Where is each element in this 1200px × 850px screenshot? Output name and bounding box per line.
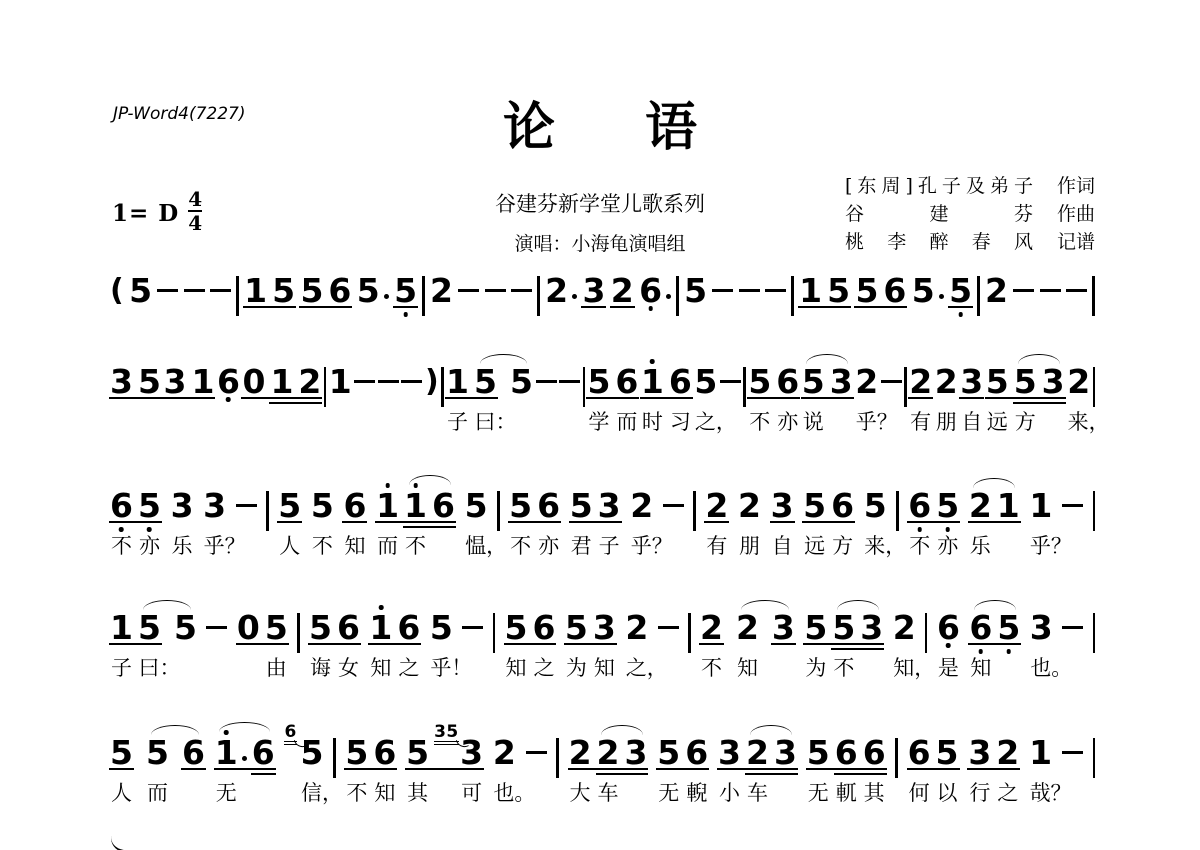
- note: 5为: [804, 612, 827, 643]
- note-digit: 6: [908, 490, 931, 521]
- lyric: 知: [374, 777, 395, 807]
- note: 2有: [705, 490, 728, 521]
- note-digit: 6: [863, 737, 886, 768]
- slur-arc: [837, 600, 879, 610]
- duration-dash: [739, 289, 760, 292]
- lyric: 知: [594, 652, 615, 682]
- beam-group: 012: [242, 366, 321, 397]
- lyric: 有: [910, 406, 931, 436]
- beam-line: [368, 643, 421, 645]
- lyric: 无: [216, 777, 237, 807]
- note-digit: 6: [373, 737, 396, 768]
- beam-group: 5远6方: [803, 490, 854, 521]
- time-signature: 4 4: [188, 189, 202, 233]
- beam-line: [640, 397, 693, 399]
- beam-group: 5无6軏6其: [807, 737, 886, 768]
- note-digit: 5: [406, 737, 429, 768]
- lyric: 女: [338, 652, 359, 682]
- beam-group: 5远5方3: [986, 366, 1065, 397]
- note-digit: 5: [912, 275, 935, 306]
- credit-row-transcriber: 桃李醉春风 记谱: [845, 228, 1095, 256]
- lyric: 知: [737, 652, 758, 682]
- beam-group: 5其353可: [406, 737, 483, 768]
- note: 5人: [110, 737, 133, 768]
- slur-cluster: 5人5而6: [110, 737, 205, 768]
- beam-group: 3自: [960, 366, 983, 397]
- note: 6其: [863, 737, 886, 768]
- beam-group: 5乎！: [430, 612, 453, 643]
- note: 5人: [278, 490, 301, 521]
- note-digit: 3: [593, 612, 616, 643]
- note: 6方: [831, 490, 854, 521]
- lyric: 车: [747, 777, 768, 807]
- slur-arc: [143, 600, 191, 610]
- lyric: 说: [803, 406, 824, 436]
- augmentation-dot: [666, 294, 671, 299]
- note-digit: 5: [748, 366, 771, 397]
- lyric: 不: [405, 530, 426, 560]
- lyric: 不: [701, 652, 722, 682]
- note: 5亦: [936, 490, 959, 521]
- note: 3: [830, 366, 853, 397]
- note: 6是: [937, 612, 960, 643]
- note: 1子: [110, 612, 133, 643]
- beam-line: [586, 397, 639, 399]
- note-digit: 6: [669, 366, 692, 397]
- lyric: 知，: [893, 652, 935, 682]
- barline: [925, 613, 927, 653]
- note: 5远: [986, 366, 1009, 397]
- note-digit: 5: [802, 366, 825, 397]
- duration-dash: [559, 380, 580, 383]
- barline: [693, 491, 695, 531]
- duration-dash: [184, 289, 205, 292]
- music-line: (51556552232651556552: [110, 275, 1095, 316]
- beam-group: 1子5曰：: [446, 366, 497, 397]
- beam-line: [1013, 402, 1066, 404]
- barline: [977, 276, 979, 316]
- note-digit: 2: [996, 737, 1019, 768]
- lyric: 远: [987, 406, 1008, 436]
- note-digit: 5: [146, 737, 169, 768]
- lyric: 其: [407, 777, 428, 807]
- note: 1无: [215, 737, 247, 768]
- beam-line: [985, 397, 1066, 399]
- barline: [422, 276, 424, 316]
- parenthesis: (: [110, 275, 124, 307]
- beam-group: 1知6之: [369, 612, 420, 643]
- note-digit: 6: [908, 737, 931, 768]
- note: 6: [252, 737, 275, 768]
- beam-group: 5人: [278, 490, 301, 521]
- note-digit: 1: [191, 366, 214, 397]
- barline: [791, 276, 793, 316]
- note: 5由: [265, 612, 288, 643]
- note-digit: 5: [657, 737, 680, 768]
- title-char-2: 语: [645, 97, 697, 158]
- note: 6軏: [835, 737, 858, 768]
- lyric: 车: [598, 777, 619, 807]
- note: 1知: [369, 612, 392, 643]
- lyric: 有: [706, 530, 727, 560]
- note: 5不: [345, 737, 368, 768]
- slur-arc: [219, 722, 270, 732]
- octave-dot-below: [958, 312, 963, 317]
- note-digit: 6: [639, 275, 662, 306]
- note-digit: 6: [110, 490, 133, 521]
- slur-arc: [409, 475, 451, 485]
- lyric: 不: [111, 530, 132, 560]
- beam-group: 65信，: [284, 737, 323, 768]
- beam-line: [393, 306, 418, 308]
- note: 2有: [909, 366, 932, 397]
- note-digit: 1: [270, 366, 293, 397]
- note-digit: 5: [684, 275, 707, 306]
- beam-group: 5学6而: [587, 366, 638, 397]
- beam-line: [269, 402, 322, 404]
- lyric: 亦: [777, 406, 798, 436]
- lyric: 之: [398, 652, 419, 682]
- beam-line: [508, 521, 561, 523]
- barline: [537, 276, 539, 316]
- credit-row-composer: 谷建芬 作曲: [845, 200, 1095, 228]
- note: 5不: [311, 490, 334, 521]
- note: 6女: [337, 612, 360, 643]
- beam-group: 2之，: [625, 612, 648, 643]
- beam-group: 5人: [110, 737, 133, 768]
- barline: [1093, 613, 1095, 653]
- note-digit: 6: [615, 366, 638, 397]
- note-digit: 3: [625, 737, 648, 768]
- beam-line: [745, 773, 798, 775]
- lyric: 小: [719, 777, 740, 807]
- lyric: 人: [279, 530, 300, 560]
- note-digit: 5: [936, 490, 959, 521]
- beam-group: 5: [912, 275, 944, 306]
- barline: [324, 367, 326, 407]
- beam-line: [569, 521, 622, 523]
- note-digit: 1: [110, 612, 133, 643]
- beam-line: [445, 397, 498, 399]
- lyric: 来，: [1068, 406, 1110, 436]
- note: 2之，: [625, 612, 648, 643]
- note: 5: [855, 275, 878, 306]
- beam-group: 2: [545, 275, 577, 306]
- lyric: 何: [909, 777, 930, 807]
- beam-line: [968, 643, 1021, 645]
- note-digit: 3: [960, 366, 983, 397]
- credit-name: [东周]孔子及弟子: [845, 172, 1033, 200]
- beam-line: [251, 773, 276, 775]
- beam-line: [967, 768, 1020, 770]
- beam-line: [109, 397, 162, 399]
- duration-dash: [536, 380, 557, 383]
- note-digit: 1: [997, 490, 1020, 521]
- note: 0: [242, 366, 265, 397]
- beam-group: 5不6知: [345, 737, 396, 768]
- lyric: 子: [447, 406, 468, 436]
- note: 1不: [404, 490, 427, 521]
- octave-dot-above: [650, 359, 655, 364]
- barline: [743, 367, 745, 407]
- slur-arc: [974, 600, 1016, 610]
- beam-group: 5之，: [694, 366, 717, 397]
- note-digit: 5: [394, 275, 417, 306]
- barline: [333, 738, 335, 778]
- note: 2乎？: [630, 490, 653, 521]
- duration-dash: [720, 380, 741, 383]
- slur-arc: [151, 725, 199, 735]
- beam-group: 3: [772, 612, 795, 643]
- barline: [236, 276, 238, 316]
- note: 6: [328, 275, 351, 306]
- note: 5不: [509, 490, 532, 521]
- note: 3: [582, 275, 605, 306]
- beam-group: 6: [217, 366, 240, 397]
- barline: [896, 491, 898, 531]
- lyric: 乎？: [1030, 530, 1072, 560]
- lyric: 亦: [139, 530, 160, 560]
- note: 3: [625, 737, 648, 768]
- note: 2朋: [738, 490, 761, 521]
- note-digit: 3: [860, 612, 883, 643]
- lyric: 是: [938, 652, 959, 682]
- note-digit: 5: [138, 490, 161, 521]
- barline: [1093, 491, 1095, 531]
- music-line: 1子5曰：505由5诲6女1知6之5乎！5知6之5为3知2之，2不2知35为5不…: [110, 612, 1095, 653]
- lyric: 而: [147, 777, 168, 807]
- note: 6亦: [537, 490, 560, 521]
- note-digit: 2: [738, 490, 761, 521]
- beam-group: 2: [430, 275, 453, 306]
- beam-group: 5: [174, 612, 197, 643]
- beam-group: 5不: [311, 490, 334, 521]
- note-digit: 5: [278, 490, 301, 521]
- note-digit: 3: [968, 737, 991, 768]
- page-title: 论语: [0, 102, 1200, 154]
- note: 5之，: [694, 366, 717, 397]
- title-char-1: 论: [503, 97, 555, 158]
- note: 3: [772, 612, 795, 643]
- note-digit: 5: [505, 612, 528, 643]
- note: 3: [163, 366, 186, 397]
- beam-group: 31: [163, 366, 214, 397]
- beam-line: [568, 768, 649, 770]
- note-digit: 5: [129, 275, 152, 306]
- note: 2知，: [893, 612, 916, 643]
- beam-line: [299, 306, 352, 308]
- note: 5无: [657, 737, 680, 768]
- beam-line: [236, 643, 289, 645]
- beam-group: 15: [799, 275, 850, 306]
- lyric: 愠，: [465, 530, 507, 560]
- lyric: 也。: [493, 777, 535, 807]
- slur-arc: [480, 354, 528, 364]
- note: 2不: [700, 612, 723, 643]
- note-digit: 5: [309, 612, 332, 643]
- augmentation-dot: [572, 294, 577, 299]
- beam-group: 5不6亦: [748, 366, 799, 397]
- beam-line: [948, 306, 973, 308]
- beam-group: 5无6輗: [657, 737, 708, 768]
- beam-group: 5: [949, 275, 972, 306]
- note-digit: 3: [110, 366, 133, 397]
- lyric: 之: [533, 652, 554, 682]
- note-digit: 5: [138, 366, 161, 397]
- note: 5: [997, 612, 1020, 643]
- note-digit: 2: [569, 737, 592, 768]
- duration-dash: [511, 289, 532, 292]
- note: 5愠，: [465, 490, 488, 521]
- duration-dash: [712, 289, 733, 292]
- note: 5为: [565, 612, 588, 643]
- beam-group: 2大2车3: [569, 737, 648, 768]
- note: 5君: [570, 490, 593, 521]
- note-digit: 6: [343, 490, 366, 521]
- beam-line: [798, 306, 851, 308]
- lyric: 乎？: [631, 530, 673, 560]
- note-digit: 2: [705, 490, 728, 521]
- lyric: 之: [997, 777, 1018, 807]
- beam-group: 2知，: [893, 612, 916, 643]
- note-digit: 5: [804, 612, 827, 643]
- beam-group: 3乐: [171, 490, 194, 521]
- beam-line: [854, 306, 907, 308]
- note-digit: 1: [404, 490, 427, 521]
- beam-group: 6: [639, 275, 671, 306]
- note: 1: [799, 275, 822, 306]
- lyric: 知: [370, 652, 391, 682]
- beam-line: [109, 768, 134, 770]
- note-digit: 6: [397, 612, 420, 643]
- duration-dash: [378, 380, 399, 383]
- octave-dot-above: [385, 483, 390, 488]
- lyric: 乎？: [204, 530, 246, 560]
- beam-group: 2也。: [493, 737, 516, 768]
- note-digit: 6: [532, 612, 555, 643]
- note: 6而: [615, 366, 638, 397]
- note: 5: [510, 366, 533, 397]
- beam-line: [802, 521, 855, 523]
- note-digit: 2: [611, 275, 634, 306]
- lyric: 来，: [864, 530, 906, 560]
- note-digit: 6: [252, 737, 275, 768]
- note-digit: 3: [203, 490, 226, 521]
- note-digit: 5: [174, 612, 197, 643]
- beam-line: [504, 643, 557, 645]
- note: 2之: [996, 737, 1019, 768]
- note-digit: 5: [138, 612, 161, 643]
- note-digit: 6: [217, 366, 240, 397]
- note-digit: 6: [182, 737, 205, 768]
- beam-group: 6是: [937, 612, 960, 643]
- grace-beam-line: [434, 744, 459, 745]
- lyric: 远: [804, 530, 825, 560]
- note: 2大: [569, 737, 592, 768]
- note: 1子: [446, 366, 469, 397]
- note: 353可: [434, 737, 483, 768]
- duration-dash: [658, 626, 679, 629]
- note-digit: 1: [329, 366, 352, 397]
- beam-group: 2乎？: [855, 366, 878, 397]
- beam-line: [342, 521, 367, 523]
- beam-group: 3乎？: [203, 490, 226, 521]
- beam-group: 5愠，: [465, 490, 488, 521]
- note-digit: 1: [1029, 737, 1052, 768]
- duration-dash: [1066, 289, 1087, 292]
- slur-cluster: 1子5曰：5: [110, 612, 197, 643]
- note: 5其: [406, 737, 429, 768]
- beam-group: 2朋: [935, 366, 958, 397]
- note-digit: 1: [376, 490, 399, 521]
- note-digit: 3: [830, 366, 853, 397]
- grace-digits: 6: [284, 724, 296, 740]
- time-signature-numerator: 4: [188, 189, 202, 209]
- note-digit: 5: [110, 737, 133, 768]
- note-digit: 5: [357, 275, 380, 306]
- note: 3: [774, 737, 797, 768]
- note: 6: [883, 275, 906, 306]
- note: 5: [129, 275, 152, 306]
- lyric: 子: [599, 530, 620, 560]
- duration-dash: [354, 380, 375, 383]
- credit-name: 桃李醉春风: [845, 228, 1033, 256]
- note-digit: 6: [432, 490, 455, 521]
- note: 6: [432, 490, 455, 521]
- note-digit: 5: [510, 366, 533, 397]
- note: 5曰：: [138, 612, 161, 643]
- duration-dash: [1062, 751, 1083, 754]
- note-digit: 2: [855, 366, 878, 397]
- note: 1: [270, 366, 293, 397]
- lyric: 行: [969, 777, 990, 807]
- slur-cluster: 1子5曰：5: [446, 366, 533, 397]
- duration-dash: [1062, 504, 1083, 507]
- beam-group: 5来，: [864, 490, 887, 521]
- beam-line: [704, 521, 729, 523]
- note: 2朋: [935, 366, 958, 397]
- lyric: 无: [808, 777, 829, 807]
- note-digit: 2: [625, 612, 648, 643]
- note-digit: 2: [746, 737, 769, 768]
- beam-group: 56: [855, 275, 906, 306]
- note-digit: 5: [311, 490, 334, 521]
- beam-group: 5为5不3: [804, 612, 883, 643]
- beam-line: [181, 768, 206, 770]
- note-digit: 5: [864, 490, 887, 521]
- note-digit: 3: [171, 490, 194, 521]
- duration-dash: [401, 380, 422, 383]
- beam-line: [277, 521, 302, 523]
- barline: [904, 367, 906, 407]
- note: 65信，: [284, 737, 323, 768]
- note: 5来，: [864, 490, 887, 521]
- beam-line: [831, 648, 884, 650]
- lyric: 方: [832, 530, 853, 560]
- lyric: 也。: [1030, 652, 1072, 682]
- note: 2: [611, 275, 634, 306]
- note-digit: 6: [883, 275, 906, 306]
- note: 3行: [968, 737, 991, 768]
- augmentation-dot: [939, 294, 944, 299]
- key-signature: 1= D 4 4: [112, 191, 202, 235]
- duration-dash: [206, 626, 227, 629]
- octave-dot-below: [403, 312, 408, 317]
- barline: [266, 491, 268, 531]
- note-digit: 5: [272, 275, 295, 306]
- beam-line: [564, 643, 617, 645]
- lyric: 軏: [836, 777, 857, 807]
